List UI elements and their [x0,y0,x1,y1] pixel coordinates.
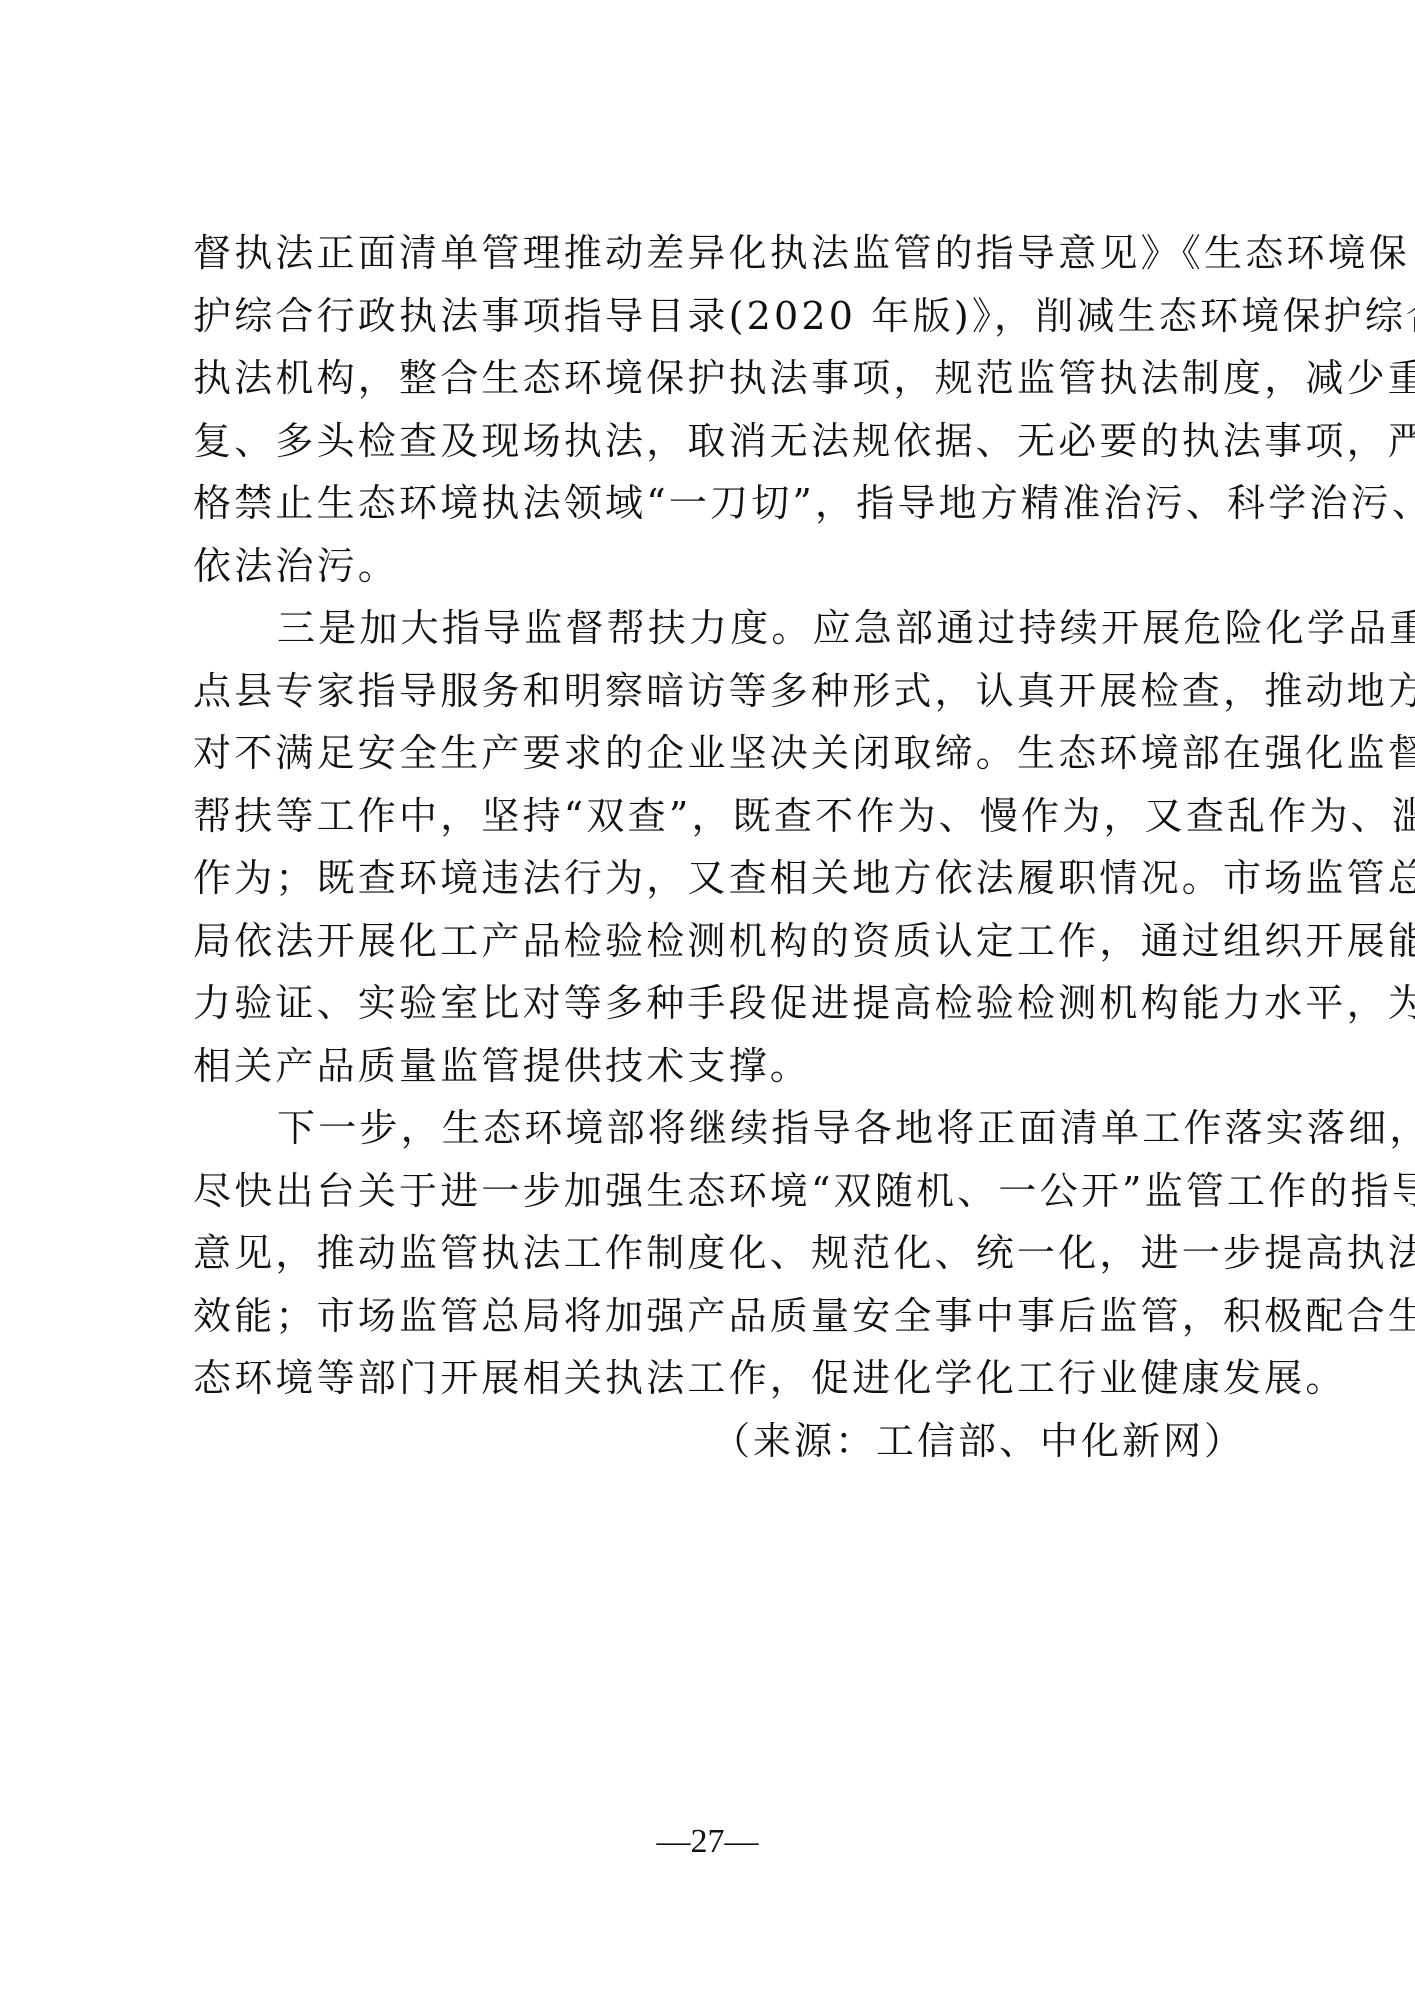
text-line: 复、多头检查及现场执法，取消无法规依据、无必要的执法事项，严 [193,410,1245,473]
body-text: 督执法正面清单管理推动差异化执法监管的指导意见》《生态环境保 护综合行政执法事项… [193,222,1245,1472]
text-line: 尽快出台关于进一步加强生态环境“双随机、一公开”监管工作的指导 [193,1160,1245,1223]
text-line: 力验证、实验室比对等多种手段促进提高检验检测机构能力水平，为 [193,972,1245,1035]
text-line: 帮扶等工作中，坚持“双查”，既查不作为、慢作为，又查乱作为、滥 [193,785,1245,848]
text-line: 下一步，生态环境部将继续指导各地将正面清单工作落实落细， [193,1097,1245,1160]
text-line: 执法机构，整合生态环境保护执法事项，规范监管执法制度，减少重 [193,347,1245,410]
text-line: 点县专家指导服务和明察暗访等多种形式，认真开展检查，推动地方 [193,660,1245,723]
text-line: 护综合行政执法事项指导目录(2020 年版)》，削减生态环境保护综合 [193,285,1245,348]
text-line: 对不满足安全生产要求的企业坚决关闭取缔。生态环境部在强化监督 [193,722,1245,785]
text-line: 依法治污。 [193,535,1245,598]
text-line: 态环境等部门开展相关执法工作，促进化学化工行业健康发展。 [193,1347,1245,1410]
text-line: 意见，推动监管执法工作制度化、规范化、统一化，进一步提高执法 [193,1222,1245,1285]
text-line: 作为；既查环境违法行为，又查相关地方依法履职情况。市场监管总 [193,847,1245,910]
text-line: 局依法开展化工产品检验检测机构的资质认定工作，通过组织开展能 [193,910,1245,973]
page-number: —27— [0,1822,1415,1862]
text-line: 督执法正面清单管理推动差异化执法监管的指导意见》《生态环境保 [193,222,1245,285]
text-line: 效能；市场监管总局将加强产品质量安全事中事后监管，积极配合生 [193,1285,1245,1348]
text-line: 相关产品质量监管提供技术支撑。 [193,1035,1245,1098]
text-line: 三是加大指导监督帮扶力度。应急部通过持续开展危险化学品重 [193,597,1245,660]
text-line: 格禁止生态环境执法领域“一刀切”，指导地方精准治污、科学治污、 [193,472,1245,535]
paragraph: 下一步，生态环境部将继续指导各地将正面清单工作落实落细， 尽快出台关于进一步加强… [193,1097,1245,1410]
paragraph: 督执法正面清单管理推动差异化执法监管的指导意见》《生态环境保 护综合行政执法事项… [193,222,1245,597]
source-attribution: （来源：工信部、中化新网） [193,1410,1245,1473]
paragraph: 三是加大指导监督帮扶力度。应急部通过持续开展危险化学品重 点县专家指导服务和明察… [193,597,1245,1097]
document-page: 督执法正面清单管理推动差异化执法监管的指导意见》《生态环境保 护综合行政执法事项… [0,0,1415,2000]
